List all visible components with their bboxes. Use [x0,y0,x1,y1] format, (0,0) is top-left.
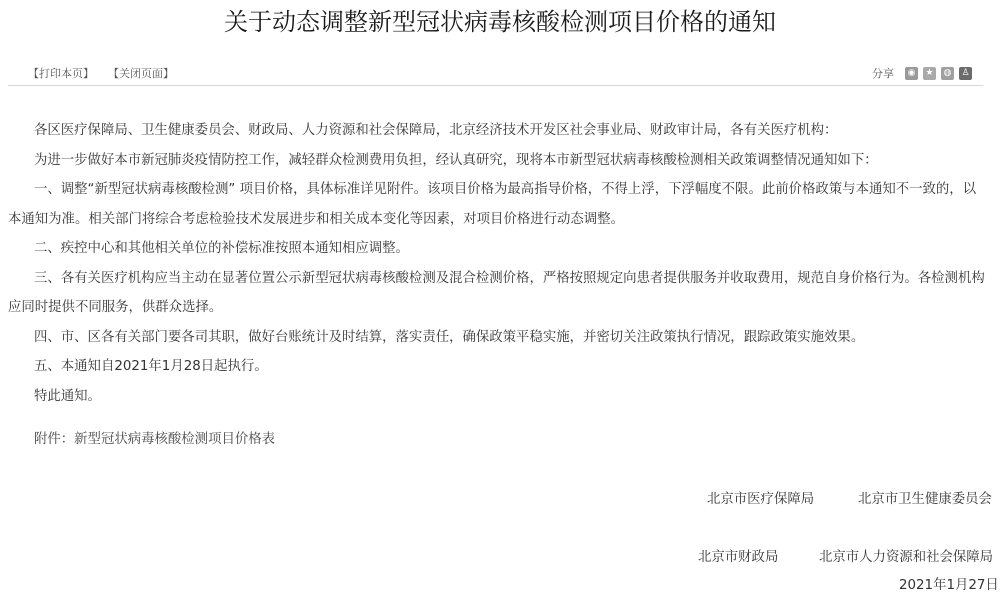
item-3-paragraph: 三、各有关医疗机构应当主动在显著位置公示新型冠状病毒核酸检测及混合检测价格，严格… [8,264,988,323]
closing-paragraph: 特此通知。 [8,382,988,412]
qq-icon[interactable]: ♙ [959,67,972,80]
share-bar: 分享 ◉ ★ ◍ ♙ [872,65,972,81]
page-title: 关于动态调整新型冠状病毒核酸检测项目价格的通知 [0,4,1000,40]
signature-hr-social-security-bureau: 北京市人力资源和社会保障局 [819,546,993,565]
signature-medical-security-bureau: 北京市医疗保障局 [707,488,814,507]
attachment-link[interactable]: 附件：新型冠状病毒核酸检测项目价格表 [34,428,275,447]
item-1-paragraph: 一、调整“新型冠状病毒核酸检测” 项目价格，具体标准详见附件。该项目价格为最高指… [8,175,988,234]
signature-finance-bureau: 北京市财政局 [698,546,778,565]
salutation-paragraph: 各区医疗保障局、卫生健康委员会、财政局、人力资源和社会保障局，北京经济技术开发区… [8,116,988,146]
item-2-paragraph: 二、疾控中心和其他相关单位的补偿标准按照本通知相应调整。 [8,234,988,264]
notice-body: 各区医疗保障局、卫生健康委员会、财政局、人力资源和社会保障局，北京经济技术开发区… [8,116,988,411]
signature-health-commission: 北京市卫生健康委员会 [858,488,992,507]
header-divider [8,85,983,86]
signature-date: 2021年1月27日 [899,574,999,593]
page-actions: 【打印本页】 【关闭页面】 [28,65,174,81]
toolbar: 【打印本页】 【关闭页面】 分享 ◉ ★ ◍ ♙ [28,63,980,83]
item-4-paragraph: 四、市、区各有关部门要各司其职，做好台账统计及时结算，落实责任，确保政策平稳实施… [8,323,988,353]
weibo-icon[interactable]: ◉ [905,67,918,80]
wechat-icon[interactable]: ◍ [941,67,954,80]
item-5-paragraph: 五、本通知自2021年1月28日起执行。 [8,352,988,382]
qzone-icon[interactable]: ★ [923,67,936,80]
share-label: 分享 [872,65,894,81]
print-page-link[interactable]: 【打印本页】 [28,65,94,81]
close-page-link[interactable]: 【关闭页面】 [108,65,174,81]
intro-paragraph: 为进一步做好本市新冠肺炎疫情防控工作，减轻群众检测费用负担，经认真研究，现将本市… [8,146,988,176]
